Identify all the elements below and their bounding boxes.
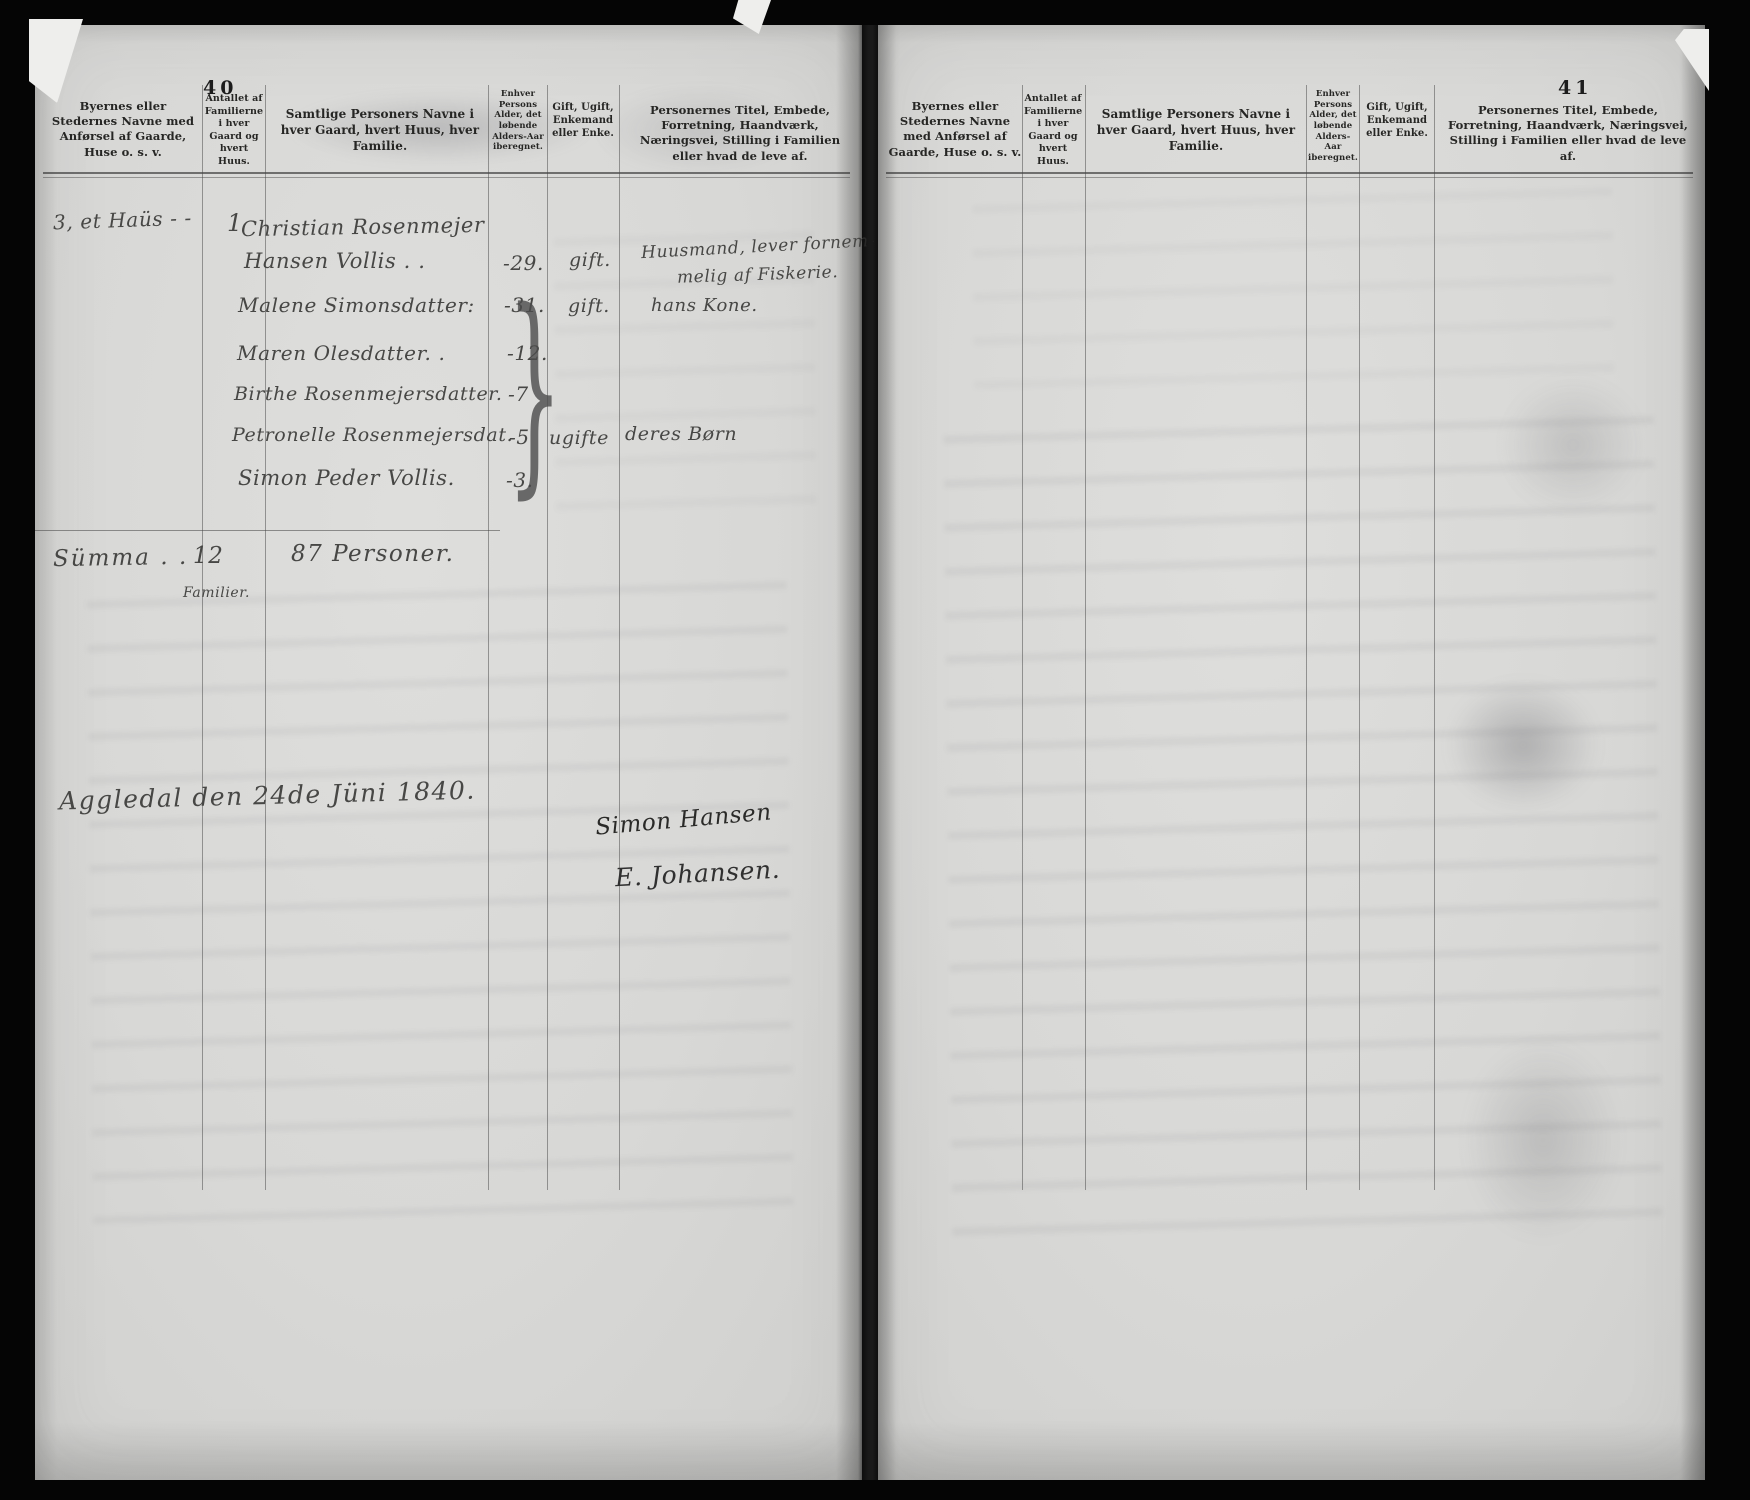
header-rule: [886, 177, 1693, 178]
table-column-line: [202, 85, 203, 1190]
marital-status: gift.: [569, 249, 611, 271]
page-curl: [29, 19, 83, 103]
summa-families-unit: Familier.: [183, 585, 250, 601]
person-name: Hansen Vollis . .: [244, 249, 425, 273]
occupation: melig af Fiskerie.: [677, 262, 839, 288]
column-header-places: Byernes eller Stedernes Navne med Anførs…: [47, 99, 199, 160]
person-name: Christian Rosenmejer: [241, 213, 485, 241]
person-name: Simon Peder Vollis.: [238, 466, 455, 490]
column-header-age: Enhver Persons Alder, det løbende Alders…: [490, 89, 546, 153]
column-header-families: Antallet af Familierne i hver Gaard og h…: [203, 93, 265, 168]
person-name: Malene Simonsdatter:: [238, 293, 475, 317]
page-edge-shadow: [878, 25, 896, 1480]
column-header-places: Byernes eller Stedernes Navne med Anførs…: [886, 99, 1024, 160]
summary-separator-line: [35, 530, 500, 531]
signature: E. Johansen.: [614, 855, 780, 893]
marital-status: ugifte: [549, 427, 609, 449]
relation-note: deres Børn: [625, 423, 737, 445]
ledger-page-left: 40 Byernes eller Stedernes Navne med Anf…: [35, 25, 862, 1480]
column-header-names: Samtlige Personers Navne i hver Gaard, h…: [275, 107, 485, 154]
page-edge-shadow: [1681, 25, 1705, 1480]
header-rule: [43, 177, 850, 178]
column-header-occupation: Personernes Titel, Embede, Forretning, H…: [1442, 103, 1694, 164]
table-column-line: [1306, 85, 1307, 1190]
person-name: Birthe Rosenmejersdatter.: [234, 383, 503, 405]
summa-label: Sümma . .: [53, 544, 189, 572]
summa-families-value: 12: [193, 543, 223, 569]
marital-status: gift.: [568, 295, 610, 317]
column-header-families: Antallet af Familierne i hver Gaard og h…: [1024, 93, 1082, 168]
table-column-line: [619, 85, 620, 1190]
column-header-names: Samtlige Personers Navne i hver Gaard, h…: [1092, 107, 1300, 154]
bleed-smudge: [87, 566, 794, 1223]
column-header-age: Enhver Persons Alder, det løbende Alders…: [1308, 89, 1358, 163]
bleed-smudge: [1478, 355, 1668, 535]
bleed-smudge: [944, 401, 1663, 1238]
table-column-line: [1434, 85, 1435, 1190]
bleed-smudge: [1438, 1005, 1648, 1275]
person-name: Maren Olesdatter. .: [237, 341, 445, 365]
ledger-page-right: 41 Byernes eller Stedernes Navne med Anf…: [878, 25, 1705, 1480]
bleed-smudge: [972, 172, 1614, 389]
column-header-marital: Gift, Ugift, Enkemand eller Enke.: [550, 101, 616, 141]
header-rule: [886, 172, 1693, 174]
occupation: hans Kone.: [651, 295, 758, 316]
header-rule: [43, 172, 850, 174]
table-column-line: [1022, 85, 1023, 1190]
entry-place: 3, et Haüs - -: [53, 206, 193, 235]
summa-persons-value: 87 Personer.: [291, 541, 454, 567]
table-column-line: [1359, 85, 1360, 1190]
column-header-marital: Gift, Ugift, Enkemand eller Enke.: [1362, 101, 1432, 141]
date-line: Aggledal den 24de Jüni 1840.: [59, 776, 476, 816]
table-column-line: [547, 85, 548, 1190]
column-header-occupation: Personernes Titel, Embede, Forretning, H…: [627, 103, 853, 164]
bleed-smudge: [1418, 655, 1628, 835]
grouping-brace: }: [507, 283, 562, 501]
page-number: 41: [1558, 77, 1592, 99]
person-name: Petronelle Rosenmejersdat.: [232, 424, 513, 446]
table-column-line: [1085, 85, 1086, 1190]
signature: Simon Hansen: [594, 799, 772, 840]
table-column-line: [488, 85, 489, 1190]
